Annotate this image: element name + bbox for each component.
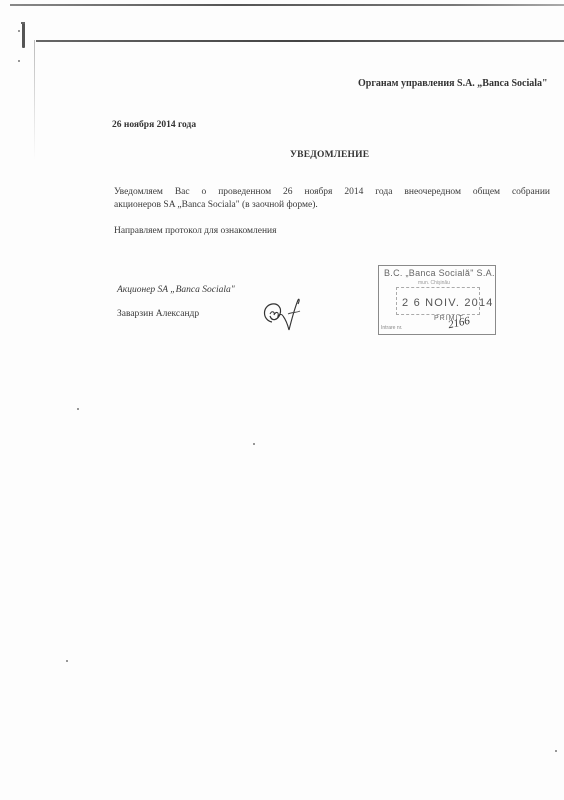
- scanned-document-page: Органам управления S.A. „Banca Sociala" …: [0, 0, 564, 800]
- signature-icon: [258, 292, 306, 336]
- stamp-bank-name: B.C. „Banca Socială" S.A.: [384, 268, 495, 278]
- margin-mark-icon: [22, 22, 25, 48]
- scan-border-top: [10, 4, 564, 6]
- document-title: УВЕДОМЛЕНИЕ: [290, 150, 369, 160]
- scan-speck: [18, 60, 20, 62]
- scan-speck: [555, 750, 557, 752]
- stamp-city: mun. Chişinău: [418, 280, 450, 286]
- notice-line-2: акционеров SA „Banca Sociala" (в заочной…: [114, 199, 550, 212]
- notice-line-1: Уведомляем Вас о проведенном 26 ноября 2…: [114, 186, 550, 199]
- scan-border-left: [34, 40, 35, 160]
- scan-speck: [253, 443, 255, 445]
- notice-paragraph: Уведомляем Вас о проведенном 26 ноября 2…: [114, 186, 550, 212]
- stamp-entry-label: Intrare nr.: [381, 325, 402, 331]
- signatory-name: Заварзин Александр: [117, 309, 199, 319]
- scan-speck: [66, 660, 68, 662]
- bank-receipt-stamp: B.C. „Banca Socială" S.A. mun. Chişinău …: [378, 265, 496, 335]
- scan-speck: [77, 408, 79, 410]
- protocol-sent-line: Направляем протокол для ознакомления: [114, 226, 277, 236]
- stamp-date: 2 6 NOIV. 2014: [402, 297, 494, 309]
- margin-mark-tick: [21, 22, 25, 24]
- signatory-role: Акционер SA „Banca Sociala": [117, 285, 235, 295]
- scan-border-second: [36, 40, 564, 42]
- document-date: 26 ноября 2014 года: [112, 120, 196, 130]
- addressee-line: Органам управления S.A. „Banca Sociala": [358, 78, 548, 89]
- scan-speck: [18, 30, 20, 32]
